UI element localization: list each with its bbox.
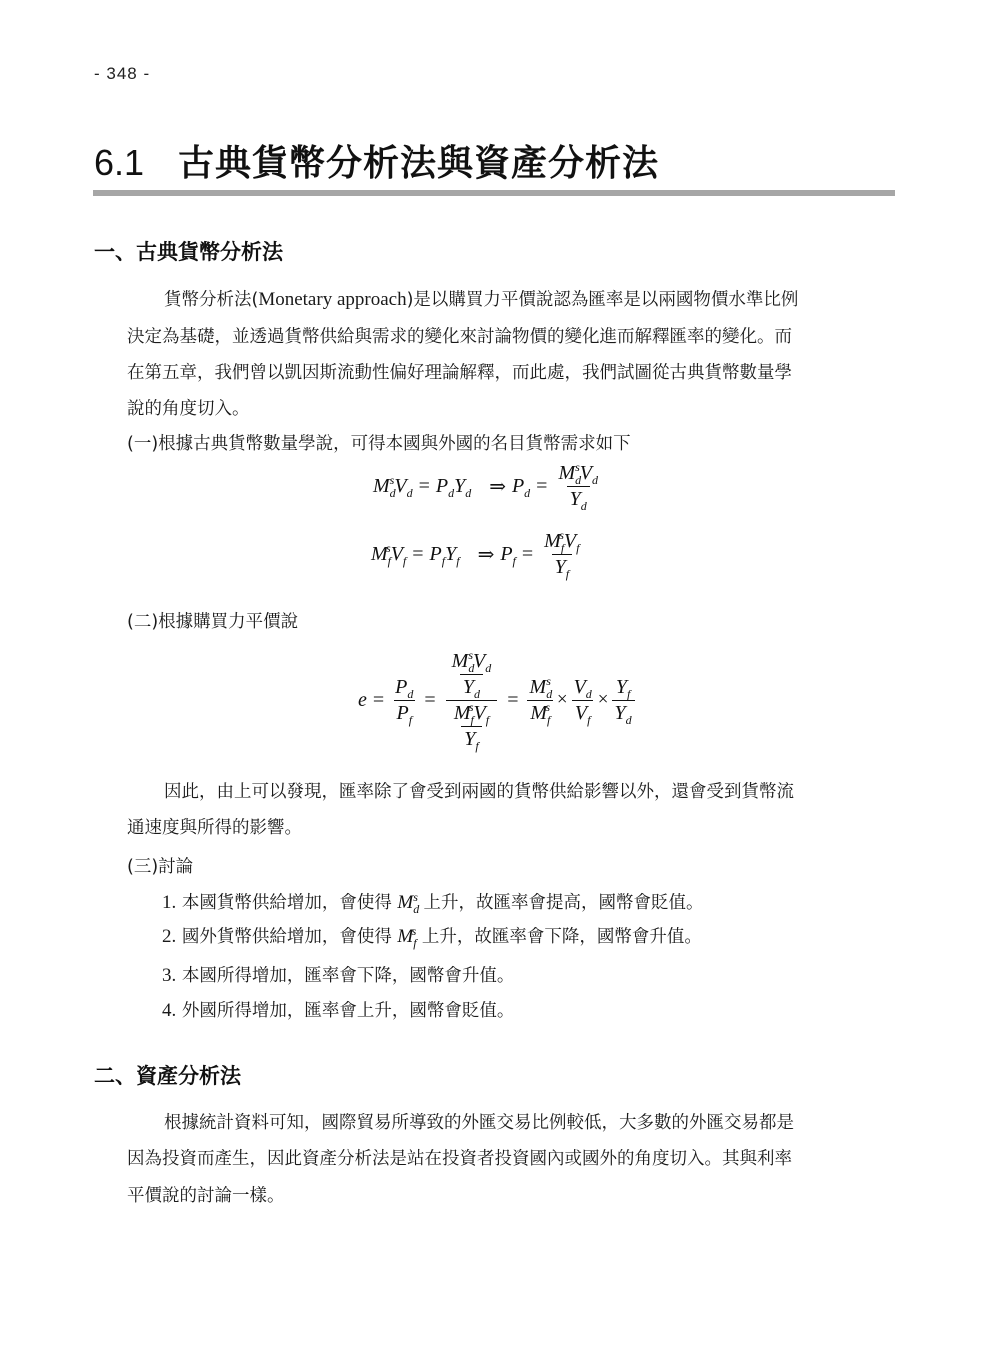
- equation-domestic: MdsVd = PdYd ⇒ Pd = MdsVd Yd: [373, 462, 603, 511]
- implies-icon: ⇒: [489, 474, 506, 499]
- subsection-text: 根據購買力平價說: [158, 612, 298, 632]
- discussion-item-4: 4. 外國所得增加，匯率會上升，國幣會貶值。: [162, 997, 514, 1022]
- section-heading-classical: 一、古典貨幣分析法: [94, 236, 283, 266]
- asset-para-line-1: 根據統計資料可知，國際貿易所導致的外匯交易比例較低，大多數的外匯交易都是: [164, 1109, 794, 1134]
- subsection-label: (一): [127, 434, 158, 454]
- subsection-1: (一)根據古典貨幣數量學說，可得本國與外國的名目貨幣需求如下: [127, 430, 631, 455]
- page-number: - 348 -: [94, 64, 150, 84]
- intro-line-2: 決定為基礎，並透過貨幣供給與需求的變化來討論物價的變化進而解釋匯率的變化。而: [127, 323, 792, 348]
- discussion-item-2: 2. 國外貨幣供給增加，會使得 Mfs 上升，故匯率會下降，國幣會升值。: [162, 923, 702, 948]
- intro-line-3: 在第五章，我們曾以凱因斯流動性偏好理論解釋，而此處，我們試圖從古典貨幣數量學: [127, 359, 792, 384]
- asset-para-line-3: 平價說的討論一樣。: [127, 1182, 285, 1207]
- discussion-item-1: 1. 本國貨幣供給增加，會使得 Mds 上升，故匯率會提高，國幣會貶值。: [162, 889, 703, 914]
- intro-text: )是以購買力平價說認為匯率是以兩國物價水準比例: [407, 290, 799, 310]
- times-icon: ×: [557, 689, 568, 711]
- equation-foreign: MfsVf = PfYf ⇒ Pf = MfsVf Yf: [371, 530, 584, 579]
- chapter-title: 6.1古典貨幣分析法與資產分析法: [94, 135, 659, 186]
- subsection-text: 討論: [158, 857, 193, 877]
- chapter-number: 6.1: [94, 142, 144, 183]
- subsection-label: (三): [127, 857, 158, 877]
- fraction: Pd Pf: [392, 676, 416, 725]
- discussion-item-3: 3. 本國所得增加，匯率會下降，國幣會升值。: [162, 962, 514, 987]
- complex-fraction: MdsVd Yd MfsVf Yf: [444, 650, 500, 751]
- fraction: MfsVf Yf: [541, 530, 582, 579]
- fraction: Mds Mfs: [527, 676, 554, 725]
- conclusion-line-1: 因此，由上可以發現，匯率除了會受到兩國的貨幣供給影響以外，還會受到貨幣流: [164, 778, 794, 803]
- equation-ppp: e = Pd Pf = MdsVd Yd MfsVf Yf = Mds Mfs …: [358, 640, 637, 760]
- times-icon: ×: [598, 689, 609, 711]
- eq-lhs: MdsVd: [373, 475, 413, 498]
- section-heading-asset: 二、資產分析法: [94, 1060, 241, 1090]
- subsection-2: (二)根據購買力平價說: [127, 608, 298, 633]
- intro-text: 貨幣分析法(: [164, 290, 258, 310]
- asset-para-line-2: 因為投資而產生，因此資產分析法是站在投資者投資國內或國外的角度切入。其與利率: [127, 1145, 792, 1170]
- chapter-title-text: 古典貨幣分析法與資產分析法: [178, 143, 659, 184]
- title-divider: [93, 190, 895, 196]
- fraction: Vd Vf: [571, 676, 595, 725]
- monetary-approach-term: Monetary approach: [258, 289, 406, 310]
- subsection-text: 根據古典貨幣數量學說，可得本國與外國的名目貨幣需求如下: [158, 434, 631, 454]
- implies-icon: ⇒: [478, 542, 495, 567]
- conclusion-line-2: 通速度與所得的影響。: [127, 814, 302, 839]
- subsection-label: (二): [127, 612, 158, 632]
- fraction: MdsVd Yd: [555, 462, 601, 511]
- intro-line-4: 說的角度切入。: [127, 395, 250, 420]
- eq-lhs: MfsVf: [371, 543, 406, 566]
- subsection-3: (三)討論: [127, 853, 193, 878]
- fraction: Yf Yd: [612, 676, 635, 725]
- intro-line-1: 貨幣分析法(Monetary approach)是以購買力平價說認為匯率是以兩國…: [164, 286, 798, 311]
